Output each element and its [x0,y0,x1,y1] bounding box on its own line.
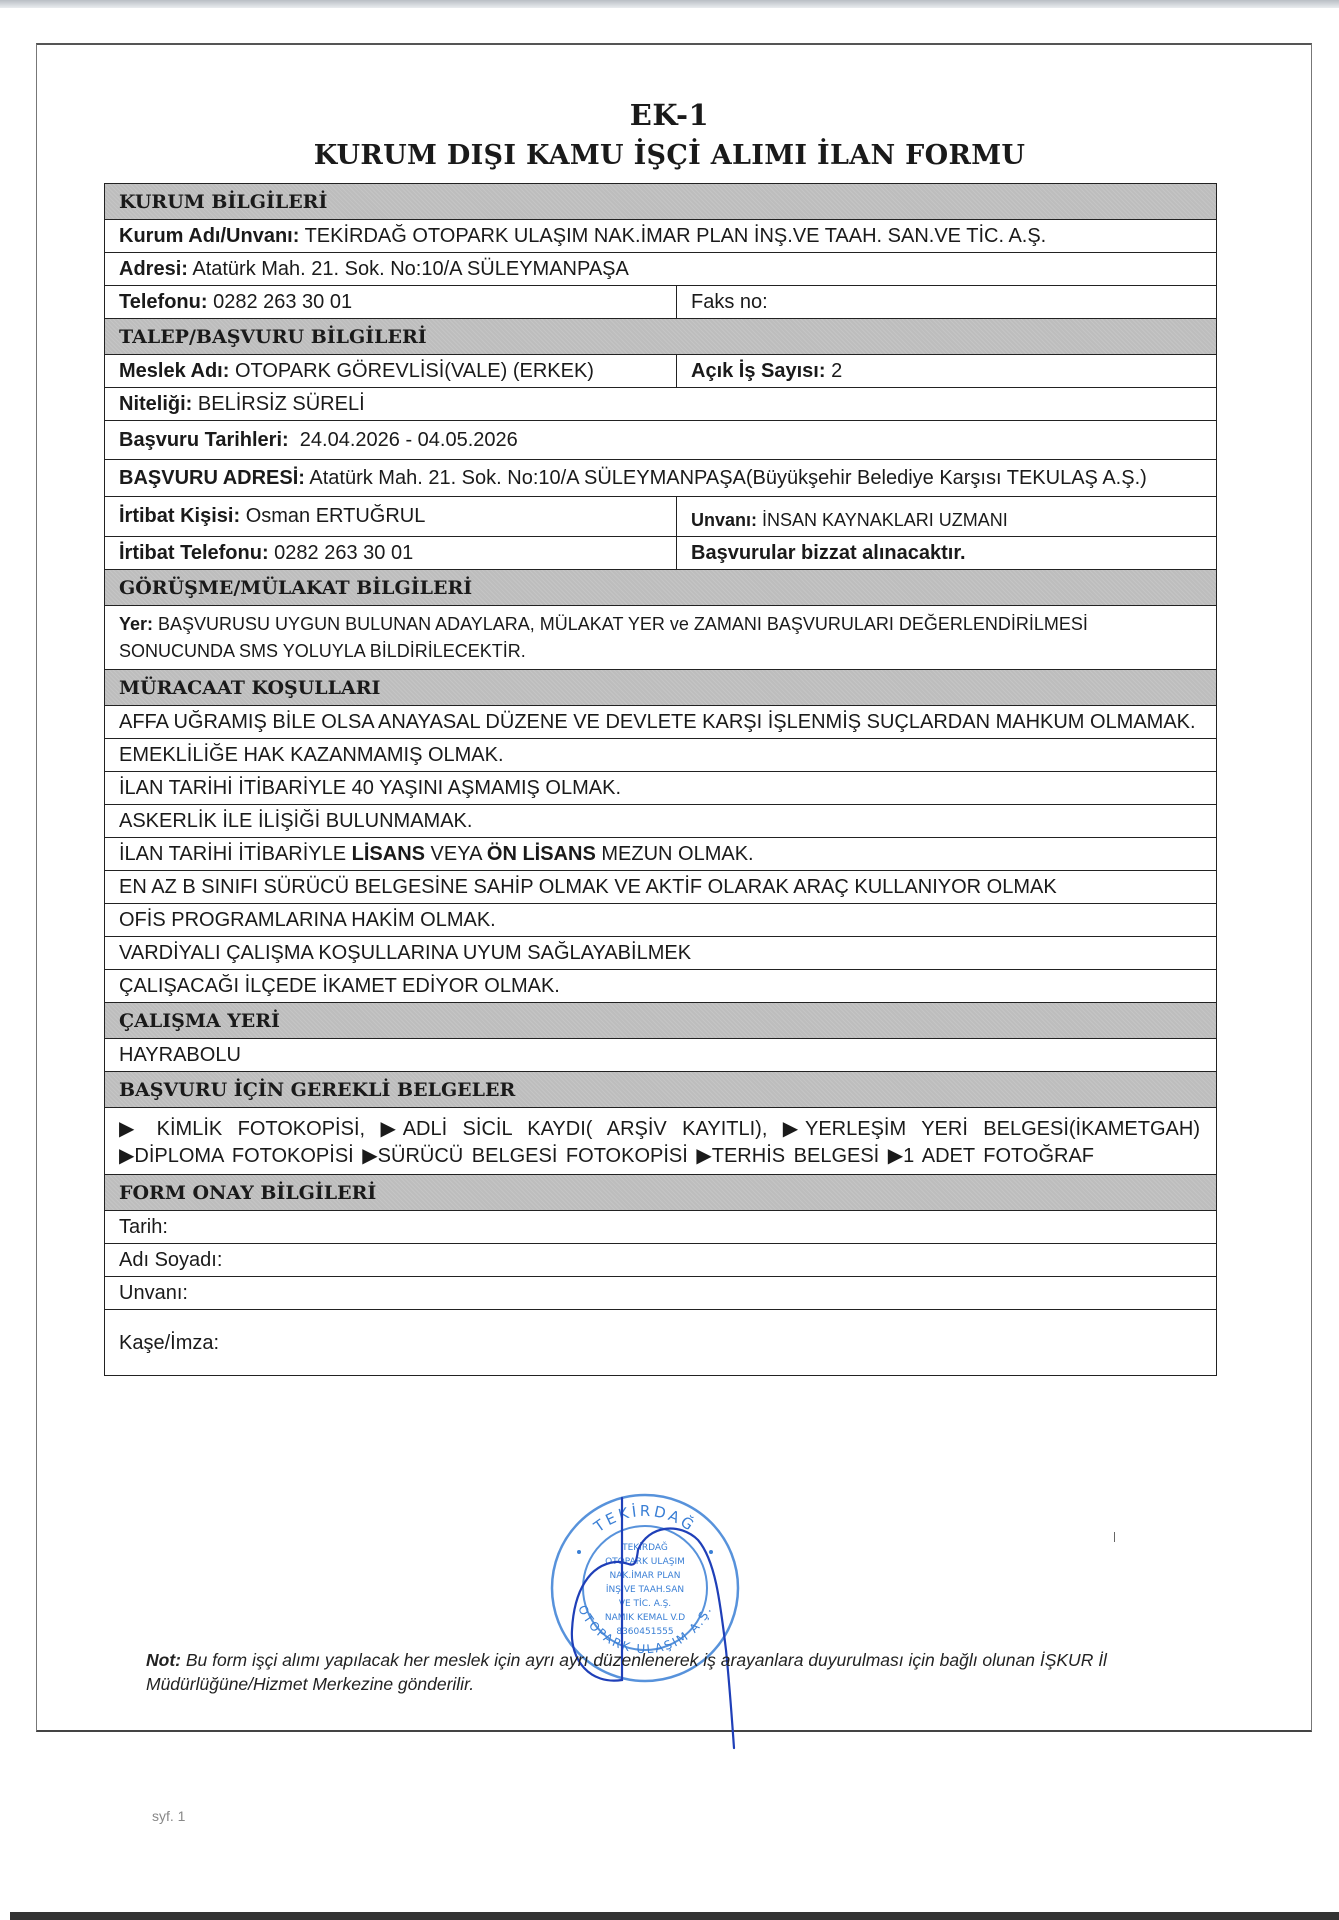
condition-text: ÇALIŞACAĞI İLÇEDE İKAMET EDİYOR OLMAK. [105,970,1216,1002]
meslek-label: Meslek Adı: [119,360,229,382]
condition-text: İLAN TARİHİ İTİBARİYLE LİSANS VEYA ÖN Lİ… [105,838,1216,870]
irtibat-kisi-label: İrtibat Kişisi: [119,505,240,527]
unvan-field: Unvanı: İNSAN KAYNAKLARI UZMANI [677,497,1216,536]
condition-item: EMEKLİLİĞE HAK KAZANMAMIŞ OLMAK. [105,739,1216,772]
condition-text: EN AZ B SINIFI SÜRÜCÜ BELGESİNE SAHİP OL… [105,871,1216,903]
form-title: KURUM DIŞI KAMU İŞÇİ ALIMI İLAN FORMU [0,136,1339,176]
condition-item: ASKERLİK İLE İLİŞİĞİ BULUNMAMAK. [105,805,1216,838]
onay-unvan-label: Unvanı: [105,1277,1216,1309]
acik-is-field: Açık İş Sayısı: 2 [677,355,1216,387]
section-header-kurum: KURUM BİLGİLERİ [105,184,1216,220]
row-kurum-adi: Kurum Adı/Unvanı: TEKİRDAĞ OTOPARK ULAŞI… [105,220,1216,253]
onay-kase-imza-label: Kaşe/İmza: [105,1310,1216,1375]
footnote: Not: Bu form işçi alımı yapılacak her me… [146,1648,1206,1696]
yer-label: Yer: [119,614,153,634]
kurum-adi-label: Kurum Adı/Unvanı: [119,225,299,247]
condition-item-egitim: İLAN TARİHİ İTİBARİYLE LİSANS VEYA ÖN Lİ… [105,838,1216,871]
row-belgeler: ▶ KİMLİK FOTOKOPİSİ, ▶ADLİ SİCİL KAYDI( … [105,1108,1216,1175]
acik-is-label: Açık İş Sayısı: [691,358,826,385]
adres-value: Atatürk Mah. 21. Sok. No:10/A SÜLEYMANPA… [188,258,629,280]
condition-item: ÇALIŞACAĞI İLÇEDE İKAMET EDİYOR OLMAK. [105,970,1216,1003]
row-basvuru-tarihleri: Başvuru Tarihleri: 24.04.2026 - 04.05.20… [105,421,1216,460]
condition-text: AFFA UĞRAMIŞ BİLE OLSA ANAYASAL DÜZENE V… [105,706,1216,738]
row-onay-tarih: Tarih: [105,1211,1216,1244]
unvan-value: İNSAN KAYNAKLARI UZMANI [757,510,1008,530]
condition-item: VARDİYALI ÇALIŞMA KOŞULLARINA UYUM SAĞLA… [105,937,1216,970]
condition-item: İLAN TARİHİ İTİBARİYLE 40 YAŞINI AŞMAMIŞ… [105,772,1216,805]
section-header-belgeler: BAŞVURU İÇİN GEREKLİ BELGELER [105,1072,1216,1108]
row-adres: Adresi: Atatürk Mah. 21. Sok. No:10/A SÜ… [105,253,1216,286]
adres-label: Adresi: [119,258,188,280]
condition-text: EMEKLİLİĞE HAK KAZANMAMIŞ OLMAK. [105,739,1216,771]
irtibat-kisi-field: İrtibat Kişisi: Osman ERTUĞRUL [105,497,677,536]
scan-edge-top [0,0,1339,8]
condition-item: AFFA UĞRAMIŞ BİLE OLSA ANAYASAL DÜZENE V… [105,706,1216,739]
telefon-value: 0282 263 30 01 [208,291,353,313]
job-posting-form: KURUM BİLGİLERİ Kurum Adı/Unvanı: TEKİRD… [104,183,1217,1376]
yer-value: BAŞVURUSU UYGUN BULUNAN ADAYLARA, MÜLAKA… [119,614,1088,661]
telefon-label: Telefonu: [119,291,208,313]
egitim-prefix: İLAN TARİHİ İTİBARİYLE [119,843,352,865]
row-niteligi: Niteliği: BELİRSİZ SÜRELİ [105,388,1216,421]
basvuru-adresi-field: BAŞVURU ADRESİ: Atatürk Mah. 21. Sok. No… [105,460,1216,496]
row-calisma-yeri: HAYRABOLU [105,1039,1216,1072]
irtibat-telefon-field: İrtibat Telefonu: 0282 263 30 01 [105,537,677,569]
row-irtibat-telefon: İrtibat Telefonu: 0282 263 30 01 Başvuru… [105,537,1216,570]
egitim-mid: VEYA [425,843,487,865]
section-header-gorusme: GÖRÜŞME/MÜLAKAT BİLGİLERİ [105,570,1216,606]
irtibat-telefon-value: 0282 263 30 01 [269,542,414,564]
condition-text: VARDİYALI ÇALIŞMA KOŞULLARINA UYUM SAĞLA… [105,937,1216,969]
section-header-calisma-yeri: ÇALIŞMA YERİ [105,1003,1216,1039]
irtibat-telefon-label: İrtibat Telefonu: [119,542,269,564]
annex-label: EK-1 [0,96,1339,134]
row-telefon-faks: Telefonu: 0282 263 30 01 Faks no: [105,286,1216,319]
row-onay-unvan: Unvanı: [105,1277,1216,1310]
condition-text: ASKERLİK İLE İLİŞİĞİ BULUNMAMAK. [105,805,1216,837]
condition-item: EN AZ B SINIFI SÜRÜCÜ BELGESİNE SAHİP OL… [105,871,1216,904]
meslek-value: OTOPARK GÖREVLİSİ(VALE) (ERKEK) [229,360,594,382]
section-header-talep: TALEP/BAŞVURU BİLGİLERİ [105,319,1216,355]
egitim-lisans: LİSANS [352,843,425,865]
egitim-suffix: MEZUN OLMAK. [596,843,754,865]
row-onay-kase-imza: Kaşe/İmza: [105,1310,1216,1375]
basvuru-adresi-label: BAŞVURU ADRESİ: [119,467,305,489]
basvuru-adresi-value: Atatürk Mah. 21. Sok. No:10/A SÜLEYMANPA… [305,467,1147,489]
unvan-label: Unvanı: [691,510,757,530]
row-yer: Yer: BAŞVURUSU UYGUN BULUNAN ADAYLARA, M… [105,606,1216,670]
bizzat-note-text: Başvurular bizzat alınacaktır. [691,542,966,564]
condition-text: İLAN TARİHİ İTİBARİYLE 40 YAŞINI AŞMAMIŞ… [105,772,1216,804]
acik-is-value: 2 [826,358,843,385]
irtibat-kisi-value: Osman ERTUĞRUL [240,505,425,527]
onay-tarih-label: Tarih: [105,1211,1216,1243]
onay-adi-soyadi-label: Adı Soyadı: [105,1244,1216,1276]
condition-text: OFİS PROGRAMLARINA HAKİM OLMAK. [105,904,1216,936]
kurum-adi-field: Kurum Adı/Unvanı: TEKİRDAĞ OTOPARK ULAŞI… [105,220,1216,252]
bizzat-note: Başvurular bizzat alınacaktır. [677,537,1216,569]
kurum-adi-value: TEKİRDAĞ OTOPARK ULAŞIM NAK.İMAR PLAN İN… [299,225,1046,247]
footnote-text: Bu form işçi alımı yapılacak her meslek … [146,1650,1107,1694]
adres-field: Adresi: Atatürk Mah. 21. Sok. No:10/A SÜ… [105,253,1216,285]
stray-mark [1114,1532,1115,1542]
condition-item: OFİS PROGRAMLARINA HAKİM OLMAK. [105,904,1216,937]
basvuru-tarihleri-label: Başvuru Tarihleri: [119,429,289,451]
section-header-muracaat: MÜRACAAT KOŞULLARI [105,670,1216,706]
niteligi-value: BELİRSİZ SÜRELİ [192,393,364,415]
page-number: syf. 1 [152,1808,185,1824]
title-block: EK-1 KURUM DIŞI KAMU İŞÇİ ALIMI İLAN FOR… [0,96,1339,176]
row-irtibat-kisi: İrtibat Kişisi: Osman ERTUĞRUL Unvanı: İ… [105,497,1216,537]
yer-field: Yer: BAŞVURUSU UYGUN BULUNAN ADAYLARA, M… [105,606,1216,669]
calisma-yeri-value: HAYRABOLU [105,1039,1216,1071]
meslek-field: Meslek Adı: OTOPARK GÖREVLİSİ(VALE) (ERK… [105,355,677,387]
faks-label: Faks no: [691,291,768,313]
scan-edge-bottom [10,1912,1339,1920]
section-header-onay: FORM ONAY BİLGİLERİ [105,1175,1216,1211]
telefon-field: Telefonu: 0282 263 30 01 [105,286,677,318]
belgeler-list: ▶ KİMLİK FOTOKOPİSİ, ▶ADLİ SİCİL KAYDI( … [105,1108,1216,1174]
basvuru-tarihleri-field: Başvuru Tarihleri: 24.04.2026 - 04.05.20… [105,421,1216,459]
row-onay-adi-soyadi: Adı Soyadı: [105,1244,1216,1277]
faks-field: Faks no: [677,286,1216,318]
row-basvuru-adresi: BAŞVURU ADRESİ: Atatürk Mah. 21. Sok. No… [105,460,1216,497]
niteligi-field: Niteliği: BELİRSİZ SÜRELİ [105,388,1216,420]
footnote-label: Not: [146,1650,181,1670]
niteligi-label: Niteliği: [119,393,192,415]
egitim-on-lisans: ÖN LİSANS [487,843,596,865]
basvuru-tarihleri-value: 24.04.2026 - 04.05.2026 [289,429,518,451]
row-meslek: Meslek Adı: OTOPARK GÖREVLİSİ(VALE) (ERK… [105,355,1216,388]
